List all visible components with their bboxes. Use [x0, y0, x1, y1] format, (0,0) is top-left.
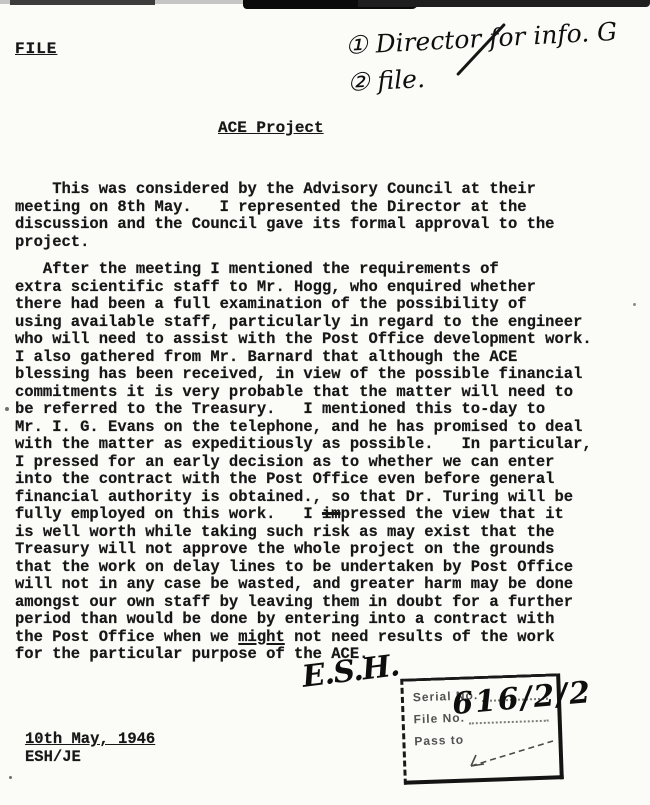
stamp-pass-label: Pass to — [414, 733, 464, 749]
document-title: ACE Project — [218, 119, 324, 137]
overstruck-text: im — [322, 505, 341, 523]
handwritten-routing-note: ① Director for info. G ② file. — [344, 13, 620, 101]
underlined-word: might — [238, 628, 285, 646]
scan-artifact-band — [10, 0, 155, 5]
scan-artifact-band — [358, 0, 650, 7]
scan-speck — [5, 407, 9, 411]
paragraph2-text-middle: pressed the view that it is well worth w… — [15, 505, 573, 646]
scan-speck — [9, 776, 12, 779]
pass-to-arrow-doodle — [463, 733, 563, 775]
file-label: FILE — [15, 40, 57, 58]
document-date: 10th May, 1946 — [25, 730, 155, 748]
body-paragraph-1: This was considered by the Advisory Coun… — [15, 181, 640, 251]
paragraph2-text-start: After the meeting I mentioned the requir… — [15, 260, 592, 523]
document-page: FILE ① Director for info. G ② file. ACE … — [0, 0, 650, 805]
reference-initials: ESH/JE — [25, 748, 81, 766]
body-paragraph-2: After the meeting I mentioned the requir… — [15, 261, 640, 664]
